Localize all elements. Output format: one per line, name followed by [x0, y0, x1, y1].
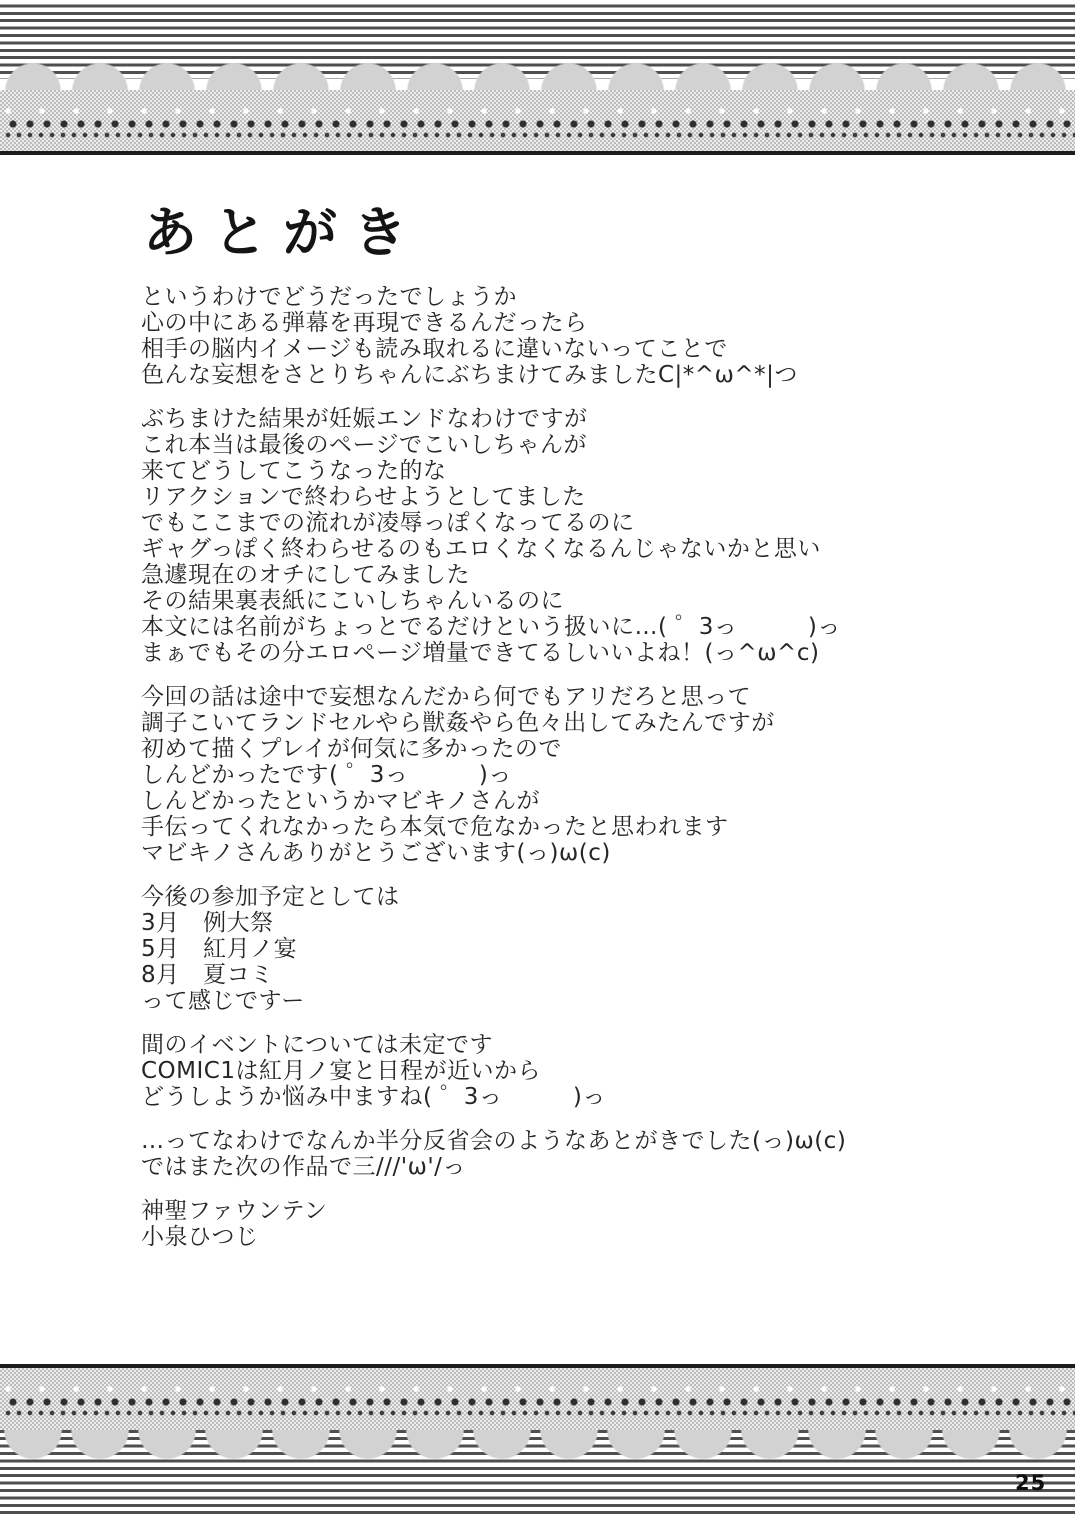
text-line: 小泉ひつじ	[141, 1224, 971, 1250]
paragraph: というわけでどうだったでしょうか心の中にある弾幕を再現できるんだったら相手の脳内…	[141, 284, 971, 388]
text-line: 心の中にある弾幕を再現できるんだったら	[141, 310, 971, 336]
text-line: 今回の話は途中で妄想なんだから何でもアリだろと思って	[141, 684, 971, 710]
page-number: 25	[1015, 1471, 1046, 1495]
text-line: しんどかったです( ゜3っ )っ	[141, 762, 971, 788]
text-line: って感じですー	[141, 988, 971, 1014]
afterword-body: というわけでどうだったでしょうか心の中にある弾幕を再現できるんだったら相手の脳内…	[141, 284, 971, 1268]
text-line: 今後の参加予定としては	[141, 884, 971, 910]
text-line: COMIC1は紅月ノ宴と日程が近いから	[141, 1058, 971, 1084]
text-line: 調子こいてランドセルやら獣姦やら色々出してみたんですが	[141, 710, 971, 736]
paragraph: 間のイベントについては未定ですCOMIC1は紅月ノ宴と日程が近いからどうしようか…	[141, 1032, 971, 1110]
top-lace-border	[0, 90, 1075, 155]
text-line: 5月 紅月ノ宴	[141, 936, 971, 962]
paragraph: …ってなわけでなんか半分反省会のようなあとがきでした(っ)ω(c)ではまた次の作…	[141, 1128, 971, 1180]
paragraph: 今後の参加予定としては3月 例大祭5月 紅月ノ宴8月 夏コミって感じですー	[141, 884, 971, 1014]
doujin-afterword-page: { "page": { "title": "あとがき", "page_numbe…	[0, 0, 1075, 1518]
paragraph: 今回の話は途中で妄想なんだから何でもアリだろと思って調子こいてランドセルやら獣姦…	[141, 684, 971, 866]
paragraph: ぶちまけた結果が妊娠エンドなわけですがこれ本当は最後のページでこいしちゃんが来て…	[141, 406, 971, 666]
text-line: …ってなわけでなんか半分反省会のようなあとがきでした(っ)ω(c)	[141, 1128, 971, 1154]
text-line: 初めて描くプレイが何気に多かったので	[141, 736, 971, 762]
text-line: 急遽現在のオチにしてみました	[141, 562, 971, 588]
text-line: マビキノさんありがとうございます(っ)ω(c)	[141, 840, 971, 866]
text-line: ぶちまけた結果が妊娠エンドなわけですが	[141, 406, 971, 432]
text-line: 来てどうしてこうなった的な	[141, 458, 971, 484]
page-title: あとがき	[143, 190, 423, 267]
text-line: ギャグっぽく終わらせるのもエロくなくなるんじゃないかと思い	[141, 536, 971, 562]
text-line: その結果裏表紙にこいしちゃんいるのに	[141, 588, 971, 614]
bottom-lace-border	[0, 1364, 1075, 1430]
text-line: 3月 例大祭	[141, 910, 971, 936]
text-line: 手伝ってくれなかったら本気で危なかったと思われます	[141, 814, 971, 840]
text-line: 8月 夏コミ	[141, 962, 971, 988]
text-line: 間のイベントについては未定です	[141, 1032, 971, 1058]
text-line: しんどかったというかマビキノさんが	[141, 788, 971, 814]
text-line: まぁでもその分エロページ増量できてるしいいよね！(っ^ω^c)	[141, 640, 971, 666]
text-line: リアクションで終わらせようとしてました	[141, 484, 971, 510]
text-line: 色んな妄想をさとりちゃんにぶちまけてみましたC|*^ω^*|つ	[141, 362, 971, 388]
text-line: これ本当は最後のページでこいしちゃんが	[141, 432, 971, 458]
text-line: 本文には名前がちょっとでるだけという扱いに…( ゜3っ )っ	[141, 614, 971, 640]
text-line: でもここまでの流れが凌辱っぽくなってるのに	[141, 510, 971, 536]
text-line: というわけでどうだったでしょうか	[141, 284, 971, 310]
text-line: どうしようか悩み中ますね( ゜3っ )っ	[141, 1084, 971, 1110]
text-line: 相手の脳内イメージも読み取れるに違いないってことで	[141, 336, 971, 362]
text-line: ではまた次の作品で三///'ω'/っ	[141, 1154, 971, 1180]
paragraph: 神聖ファウンテン小泉ひつじ	[141, 1198, 971, 1250]
text-line: 神聖ファウンテン	[141, 1198, 971, 1224]
